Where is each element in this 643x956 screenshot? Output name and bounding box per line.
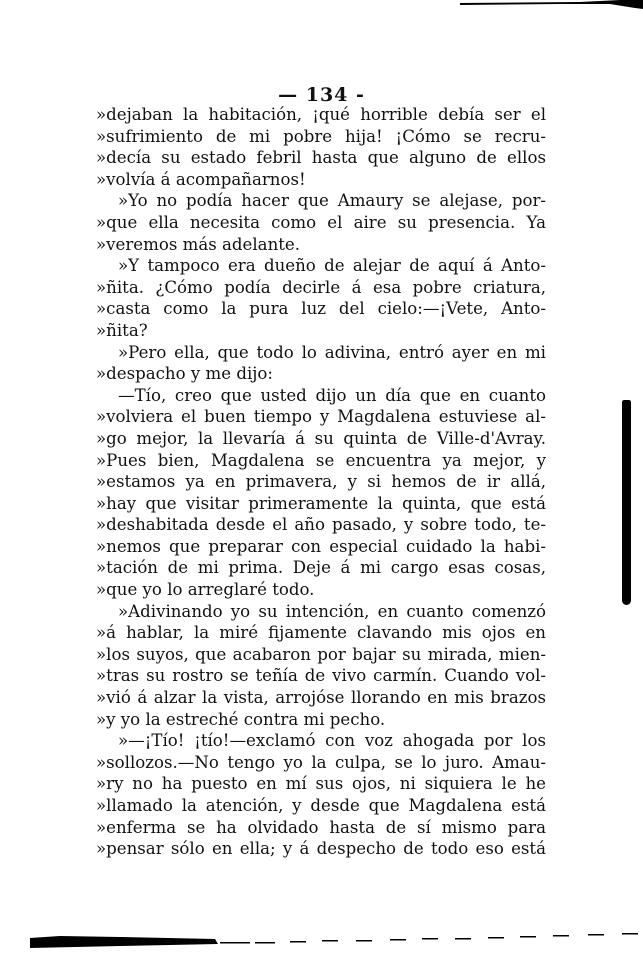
text-line: »dejaban la habitación, ¡qué horrible de… <box>96 104 546 126</box>
text-line: »tras su rostro se teñía de vivo carmín.… <box>96 665 546 687</box>
text-line: »veremos más adelante. <box>96 234 546 256</box>
scan-edge-top <box>460 0 643 10</box>
text-line: »llamado la atención, y desde que Magdal… <box>96 795 546 817</box>
page-number: — 134 - <box>0 84 643 106</box>
body-text: »dejaban la habitación, ¡qué horrible de… <box>96 104 546 860</box>
text-line: »que yo lo arreglaré todo. <box>96 579 546 601</box>
text-line: »sollozos.—No tengo yo la culpa, se lo j… <box>96 752 546 774</box>
text-line: —Tío, creo que usted dijo un día que en … <box>96 385 546 407</box>
text-line: »tación de mi prima. Deje á mi cargo esa… <box>96 557 546 579</box>
text-line: »Adivinando yo su intención, en cuanto c… <box>96 601 546 623</box>
text-line: »nemos que preparar con especial cuidado… <box>96 536 546 558</box>
text-line: »Pero ella, que todo lo adivina, entró a… <box>96 342 546 364</box>
scan-edge-bottom <box>0 930 643 950</box>
text-line: »los suyos, que acabaron por bajar su mi… <box>96 644 546 666</box>
text-line: »vió á alzar la vista, arrojóse llorando… <box>96 687 546 709</box>
scan-edge-right <box>622 400 631 605</box>
text-line: »decía su estado febril hasta que alguno… <box>96 147 546 169</box>
text-line: »despacho y me dijo: <box>96 363 546 385</box>
text-line: »pensar sólo en ella; y á despecho de to… <box>96 838 546 860</box>
text-line: »ñita? <box>96 320 546 342</box>
text-line: »—¡Tío! ¡tío!—exclamó con voz ahogada po… <box>96 730 546 752</box>
text-line: »go mejor, la llevaría á su quinta de Vi… <box>96 428 546 450</box>
text-line: »Y tampoco era dueño de alejar de aquí á… <box>96 255 546 277</box>
text-line: »deshabitada desde el año pasado, y sobr… <box>96 514 546 536</box>
text-line: »ry no ha puesto en mí sus ojos, ni siqu… <box>96 773 546 795</box>
text-line: »á hablar, la miré fijamente clavando mi… <box>96 622 546 644</box>
text-line: »sufrimiento de mi pobre hija! ¡Cómo se … <box>96 126 546 148</box>
text-line: »ñita. ¿Cómo podía decirle á esa pobre c… <box>96 277 546 299</box>
text-line: »casta como la pura luz del cielo:—¡Vete… <box>96 298 546 320</box>
text-line: »Yo no podía hacer que Amaury se alejase… <box>96 190 546 212</box>
text-line: »volvía á acompañarnos! <box>96 169 546 191</box>
text-line: »Pues bien, Magdalena se encuentra ya me… <box>96 450 546 472</box>
text-line: »y yo la estreché contra mi pecho. <box>96 709 546 731</box>
text-line: »enferma se ha olvidado hasta de sí mism… <box>96 817 546 839</box>
text-line: »estamos ya en primavera, y si hemos de … <box>96 471 546 493</box>
text-line: »que ella necesita como el aire su prese… <box>96 212 546 234</box>
text-line: »hay que visitar primeramente la quinta,… <box>96 493 546 515</box>
text-line: »volviera el buen tiempo y Magdalena est… <box>96 406 546 428</box>
